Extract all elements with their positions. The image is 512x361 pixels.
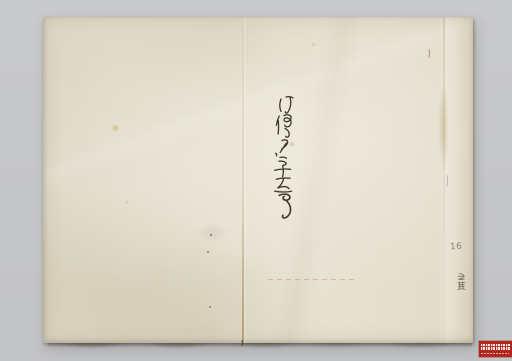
stamp-subtitle-text: National Archives of Japan bbox=[479, 341, 480, 342]
gray-smudge bbox=[195, 223, 229, 243]
foxing-spot bbox=[125, 200, 129, 204]
water-stain bbox=[436, 62, 451, 192]
stamp-kanji-row bbox=[481, 344, 510, 350]
stamp-kanji-glyph bbox=[486, 344, 490, 350]
ink-speck bbox=[209, 306, 211, 308]
center-fold-highlight bbox=[244, 17, 246, 343]
archive-stamp: 国立公文書館 National Archives of Japan bbox=[479, 341, 512, 357]
foxing-spot bbox=[111, 124, 120, 132]
stamp-kanji-glyph bbox=[481, 344, 485, 350]
center-fold-crease bbox=[242, 17, 244, 343]
foxing-spot bbox=[311, 42, 316, 47]
stamp-kanji-glyph bbox=[506, 344, 510, 350]
scanned-document-photo: 16 国立公文書館 National Archives of Japan bbox=[0, 0, 512, 361]
stamp-kanji-glyph bbox=[491, 344, 495, 350]
foxing-spot bbox=[289, 141, 295, 147]
pencil-folio-number: 16 bbox=[450, 241, 463, 252]
stamp-kanji-glyph bbox=[496, 344, 500, 350]
paper-spread bbox=[43, 17, 473, 343]
faint-red-rule bbox=[268, 279, 358, 280]
ink-speck bbox=[207, 251, 209, 253]
stamp-title-text: 国立公文書館 bbox=[479, 341, 480, 342]
stamp-kanji-glyph bbox=[501, 344, 505, 350]
stamp-english-line bbox=[481, 353, 509, 355]
